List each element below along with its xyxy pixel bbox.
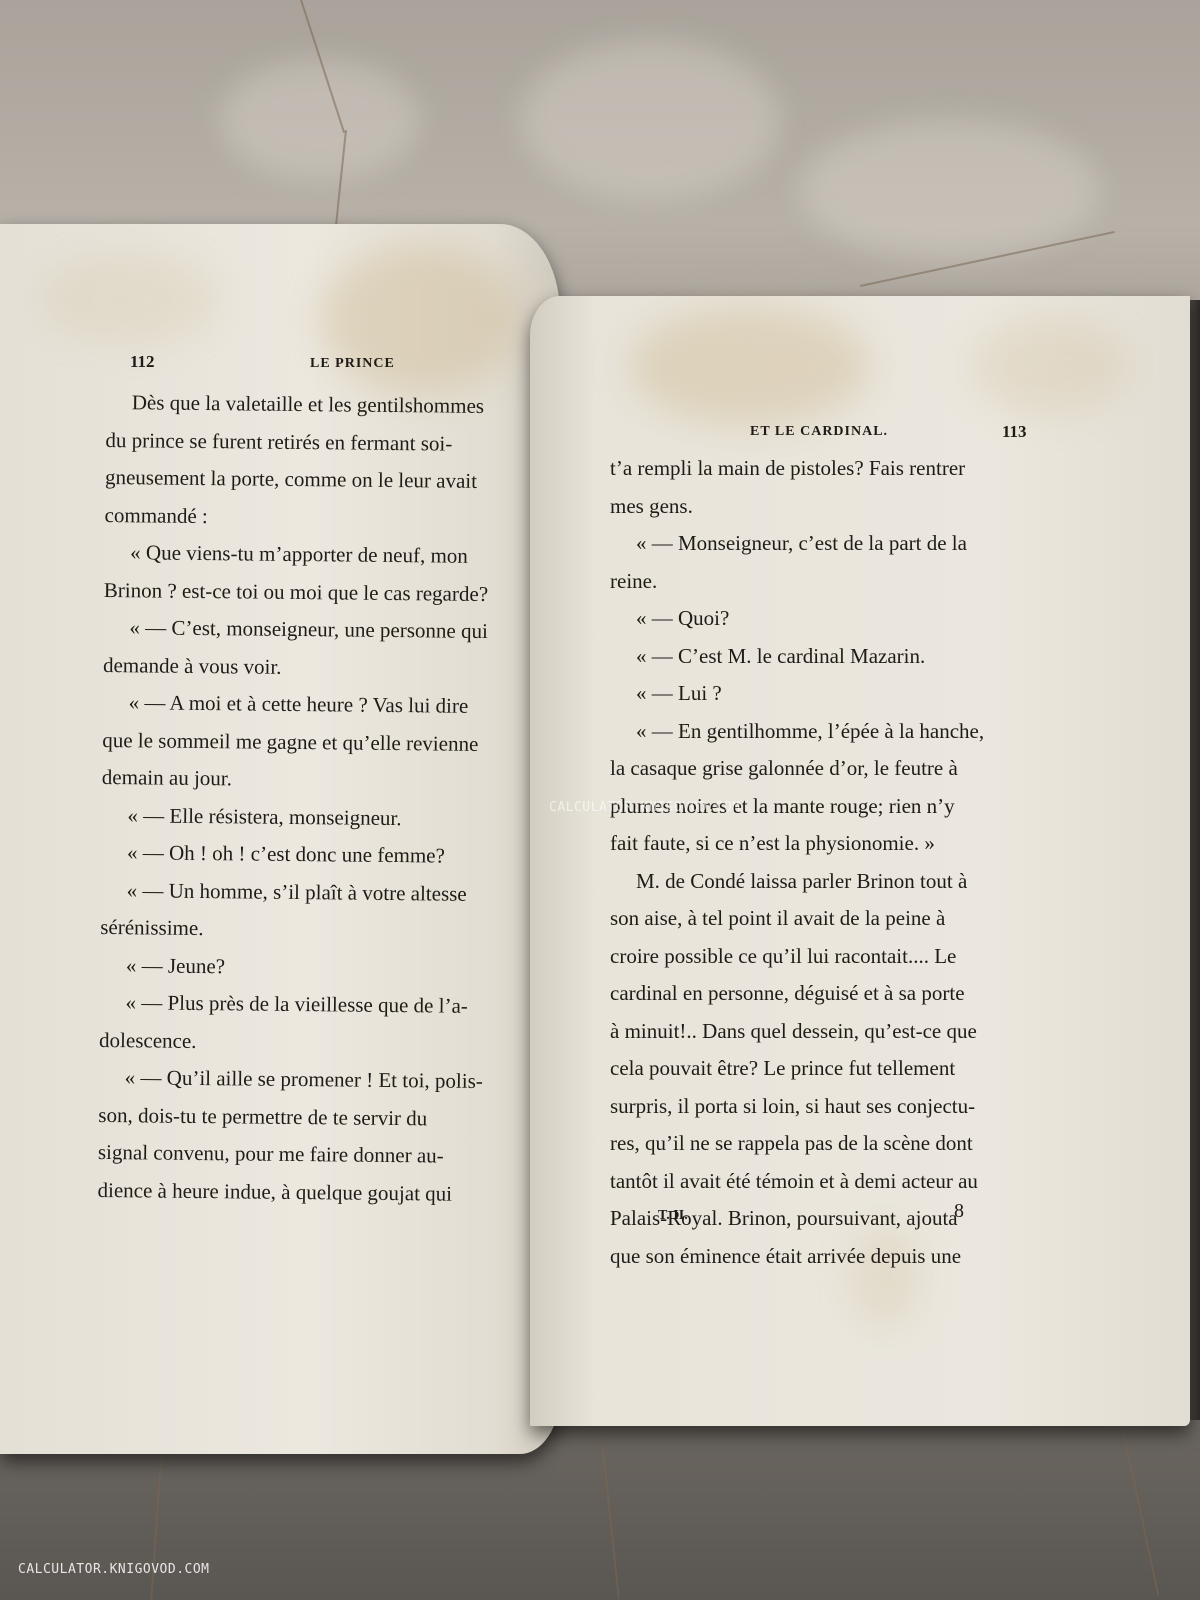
text-line: la casaque grise galonnée d’or, le feutr… — [610, 750, 1090, 788]
text-line: son, dois-tu te permettre de te servir d… — [98, 1096, 538, 1138]
text-line: dolescence. — [99, 1021, 539, 1063]
text-line: commandé : — [104, 496, 544, 538]
right-page-number: 113 — [1002, 422, 1027, 442]
text-line: reine. — [610, 563, 1090, 601]
text-line: signal convenu, pour me faire donner au- — [98, 1134, 538, 1176]
text-line: croire possible ce qu’il lui racontait..… — [610, 938, 1090, 976]
text-line: t’a rempli la main de pistoles? Fais ren… — [610, 450, 1090, 488]
left-page: 112 LE PRINCE Dès que la valetaille et l… — [0, 224, 560, 1454]
left-page-number: 112 — [130, 352, 155, 372]
text-line: gneusement la porte, comme on le leur av… — [105, 459, 545, 501]
text-line: sérénissime. — [100, 909, 540, 951]
text-line: « — A moi et à cette heure ? Vas lui dir… — [102, 684, 542, 726]
watermark-center: CALCULATOR.KNIGOVOD.COM — [549, 800, 741, 815]
text-line: « — En gentilhomme, l’épée à la hanche, — [610, 713, 1090, 751]
text-line: Brinon ? est-ce toi ou moi que le cas re… — [104, 571, 544, 613]
text-line: cela pouvait être? Le prince fut telleme… — [610, 1050, 1090, 1088]
text-line: « — Un homme, s’il plaît à votre altesse — [101, 871, 541, 913]
text-line: « — Qu’il aille se promener ! Et toi, po… — [99, 1059, 539, 1101]
text-line: demain au jour. — [102, 759, 542, 801]
text-line: « — Plus près de la vieillesse que de l’… — [99, 984, 539, 1026]
text-line: « — C’est M. le cardinal Mazarin. — [610, 638, 1090, 676]
text-line: son aise, à tel point il avait de la pei… — [610, 900, 1090, 938]
text-line: M. de Condé laissa parler Brinon tout à — [610, 863, 1090, 901]
left-running-head: LE PRINCE — [310, 356, 395, 372]
text-line: « — Lui ? — [610, 675, 1090, 713]
text-line: que le sommeil me gagne et qu’elle revie… — [102, 721, 542, 763]
signature-number: 8 — [954, 1200, 964, 1223]
text-line: cardinal en personne, déguisé et à sa po… — [610, 975, 1090, 1013]
text-line: « Que viens-tu m’apporter de neuf, mon — [104, 534, 544, 576]
text-line: demande à vous voir. — [103, 646, 543, 688]
text-line: « — Elle résistera, monseigneur. — [101, 796, 541, 838]
text-line: « — Oh ! oh ! c’est donc une femme? — [101, 834, 541, 876]
text-line: res, qu’il ne se rappela pas de la scène… — [610, 1125, 1090, 1163]
text-line: mes gens. — [610, 488, 1090, 526]
text-line: surpris, il porta si loin, si haut ses c… — [610, 1088, 1090, 1126]
text-line: du prince se furent retirés en fermant s… — [105, 421, 545, 463]
right-page: ET LE CARDINAL. 113 t’a rempli la main d… — [530, 296, 1190, 1426]
watermark-corner: CALCULATOR.KNIGOVOD.COM — [18, 1562, 210, 1577]
right-page-text: t’a rempli la main de pistoles? Fais ren… — [610, 450, 1090, 1275]
text-line: Dès que la valetaille et les gentilshomm… — [106, 384, 546, 426]
left-page-text: Dès que la valetaille et les gentilshomm… — [97, 384, 546, 1214]
right-running-head: ET LE CARDINAL. — [750, 424, 888, 440]
text-line: que son éminence était arrivée depuis un… — [610, 1238, 1090, 1276]
signature-mark: T. II. — [658, 1208, 688, 1224]
text-line: dience à heure indue, à quelque goujat q… — [97, 1171, 537, 1213]
text-line: « — Quoi? — [610, 600, 1090, 638]
text-line: tantôt il avait été témoin et à demi act… — [610, 1163, 1090, 1201]
text-line: fait faute, si ce n’est la physionomie. … — [610, 825, 1090, 863]
text-line: « — Monseigneur, c’est de la part de la — [610, 525, 1090, 563]
text-line: « — Jeune? — [100, 946, 540, 988]
text-line: à minuit!.. Dans quel dessein, qu’est-ce… — [610, 1013, 1090, 1051]
text-line: « — C’est, monseigneur, une personne qui — [103, 609, 543, 651]
